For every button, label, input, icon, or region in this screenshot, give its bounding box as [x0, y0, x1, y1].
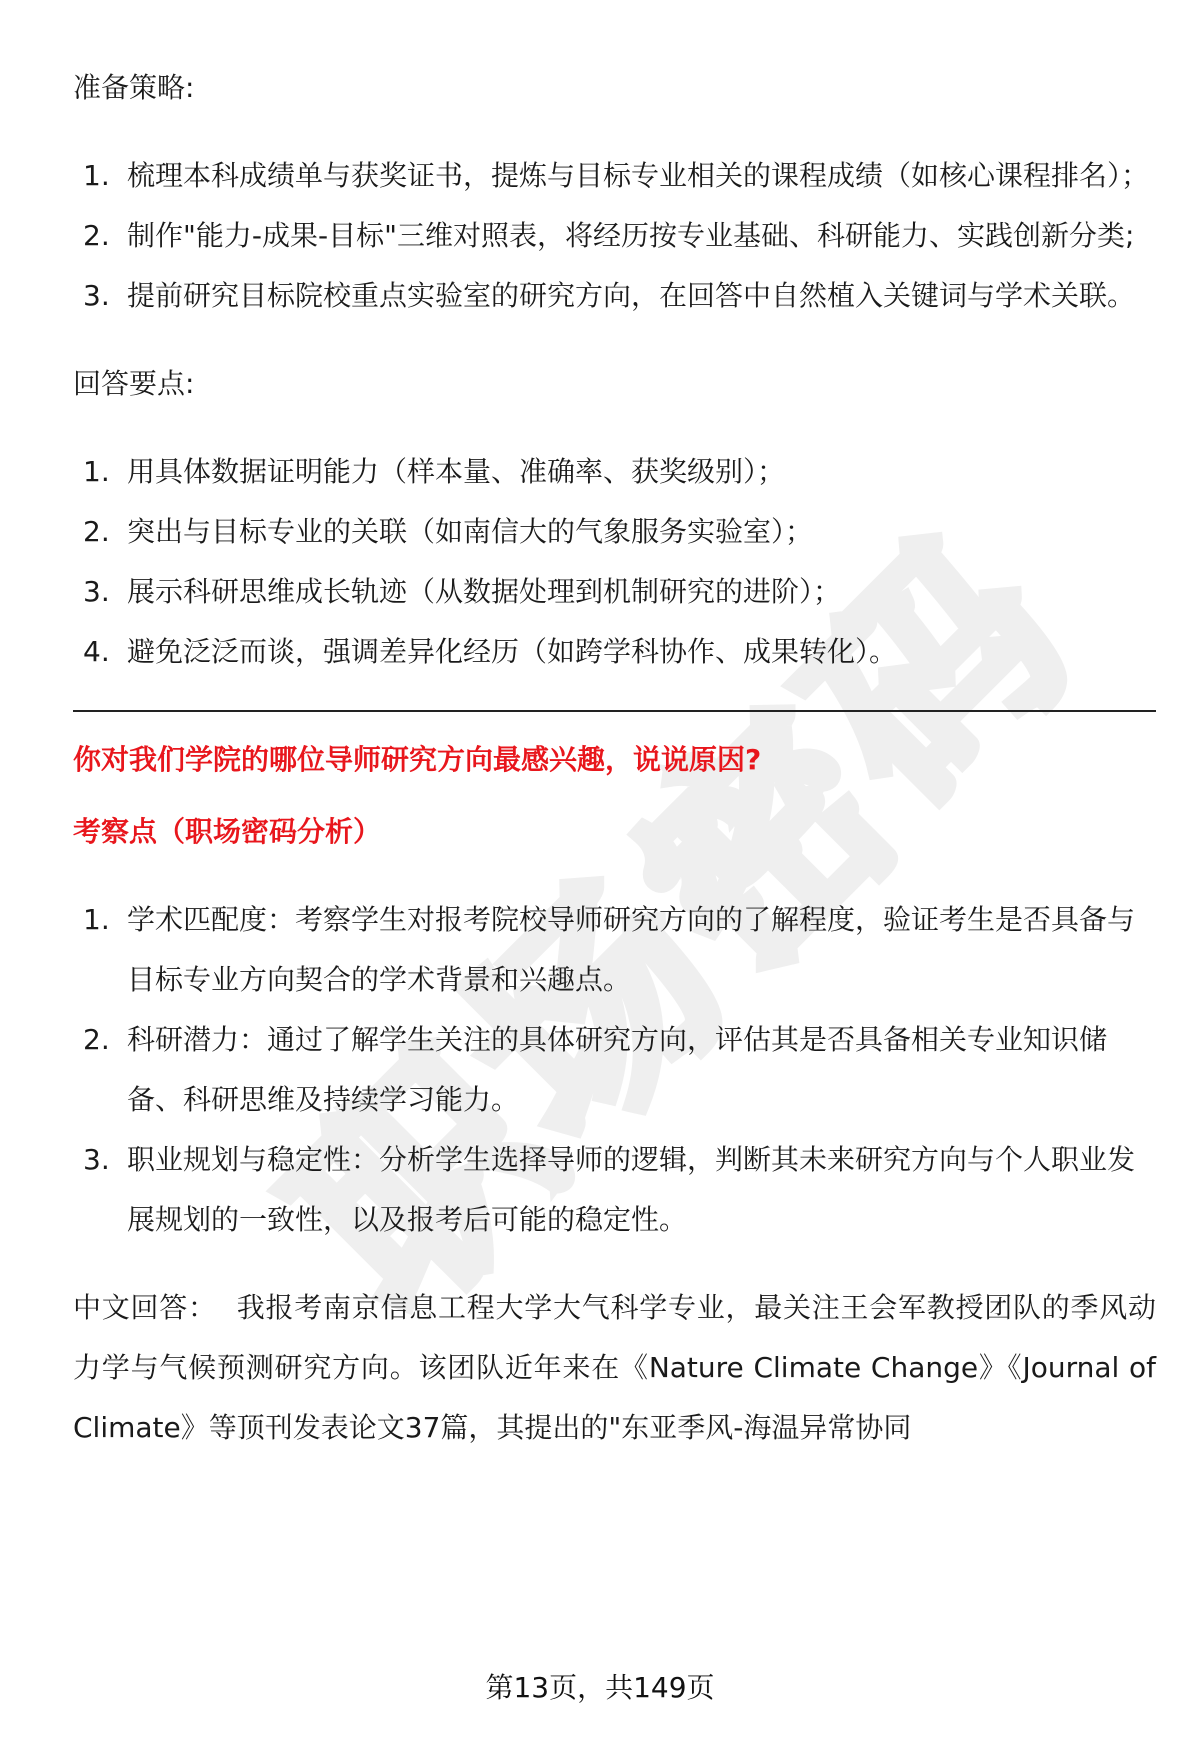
question-title: 你对我们学院的哪位导师研究方向最感兴趣，说说原因? — [73, 730, 1156, 790]
chinese-answer: 中文回答：我报考南京信息工程大学大气科学专业，最关注王会军教授团队的季风动力学与… — [73, 1278, 1156, 1458]
list-number: 1. — [83, 146, 110, 206]
answer-points-list: 1. 用具体数据证明能力（样本量、准确率、获奖级别）； 2. 突出与目标专业的关… — [73, 442, 1156, 682]
list-text: 梳理本科成绩单与获奖证书，提炼与目标专业相关的课程成绩（如核心课程排名）； — [127, 159, 1149, 192]
answer-text: 我报考南京信息工程大学大气科学专业，最关注王会军教授团队的季风动力学与气候预测研… — [73, 1291, 1156, 1444]
list-item: 2. 突出与目标专业的关联（如南信大的气象服务实验室）； — [73, 502, 1156, 562]
list-item: 1. 用具体数据证明能力（样本量、准确率、获奖级别）； — [73, 442, 1156, 502]
list-text: 用具体数据证明能力（样本量、准确率、获奖级别）； — [127, 455, 785, 488]
list-number: 4. — [83, 622, 110, 682]
list-item: 1. 学术匹配度：考察学生对报考院校导师研究方向的了解程度，验证考生是否具备与目… — [73, 890, 1156, 1010]
prep-strategy-label: 准备策略: — [73, 58, 1156, 118]
list-text: 制作"能力-成果-目标"三维对照表，将经历按专业基础、科研能力、实践创新分类; — [127, 219, 1134, 252]
list-number: 3. — [83, 266, 110, 326]
page-indicator: 第13页，共149页 — [0, 1668, 1200, 1708]
list-number: 2. — [83, 502, 110, 562]
list-item: 1. 梳理本科成绩单与获奖证书，提炼与目标专业相关的课程成绩（如核心课程排名）； — [73, 146, 1156, 206]
list-item: 3. 提前研究目标院校重点实验室的研究方向，在回答中自然植入关键词与学术关联。 — [73, 266, 1156, 326]
prep-strategy-list: 1. 梳理本科成绩单与获奖证书，提炼与目标专业相关的课程成绩（如核心课程排名）；… — [73, 146, 1156, 326]
list-text: 职业规划与稳定性：分析学生选择导师的逻辑，判断其未来研究方向与个人职业发展规划的… — [127, 1143, 1135, 1236]
list-number: 3. — [83, 1130, 110, 1190]
analysis-list: 1. 学术匹配度：考察学生对报考院校导师研究方向的了解程度，验证考生是否具备与目… — [73, 890, 1156, 1250]
document-page: 准备策略: 1. 梳理本科成绩单与获奖证书，提炼与目标专业相关的课程成绩（如核心… — [0, 0, 1200, 1755]
list-item: 4. 避免泛泛而谈，强调差异化经历（如跨学科协作、成果转化）。 — [73, 622, 1156, 682]
list-item: 2. 科研潜力：通过了解学生关注的具体研究方向，评估其是否具备相关专业知识储备、… — [73, 1010, 1156, 1130]
list-item: 3. 展示科研思维成长轨迹（从数据处理到机制研究的进阶）； — [73, 562, 1156, 622]
list-text: 科研潜力：通过了解学生关注的具体研究方向，评估其是否具备相关专业知识储备、科研思… — [127, 1023, 1107, 1116]
list-number: 3. — [83, 562, 110, 622]
list-item: 2. 制作"能力-成果-目标"三维对照表，将经历按专业基础、科研能力、实践创新分… — [73, 206, 1156, 266]
list-number: 1. — [83, 890, 110, 950]
list-text: 提前研究目标院校重点实验室的研究方向，在回答中自然植入关键词与学术关联。 — [127, 279, 1135, 312]
list-number: 2. — [83, 1010, 110, 1070]
list-number: 2. — [83, 206, 110, 266]
page-content: 准备策略: 1. 梳理本科成绩单与获奖证书，提炼与目标专业相关的课程成绩（如核心… — [73, 58, 1156, 1458]
list-number: 1. — [83, 442, 110, 502]
list-text: 避免泛泛而谈，强调差异化经历（如跨学科协作、成果转化）。 — [127, 635, 897, 668]
list-text: 学术匹配度：考察学生对报考院校导师研究方向的了解程度，验证考生是否具备与目标专业… — [127, 903, 1135, 996]
analysis-heading: 考察点（职场密码分析） — [73, 802, 1156, 862]
section-divider — [73, 710, 1156, 712]
answer-label: 中文回答： — [73, 1291, 217, 1324]
answer-points-label: 回答要点: — [73, 354, 1156, 414]
list-item: 3. 职业规划与稳定性：分析学生选择导师的逻辑，判断其未来研究方向与个人职业发展… — [73, 1130, 1156, 1250]
list-text: 展示科研思维成长轨迹（从数据处理到机制研究的进阶）； — [127, 575, 841, 608]
list-text: 突出与目标专业的关联（如南信大的气象服务实验室）； — [127, 515, 813, 548]
